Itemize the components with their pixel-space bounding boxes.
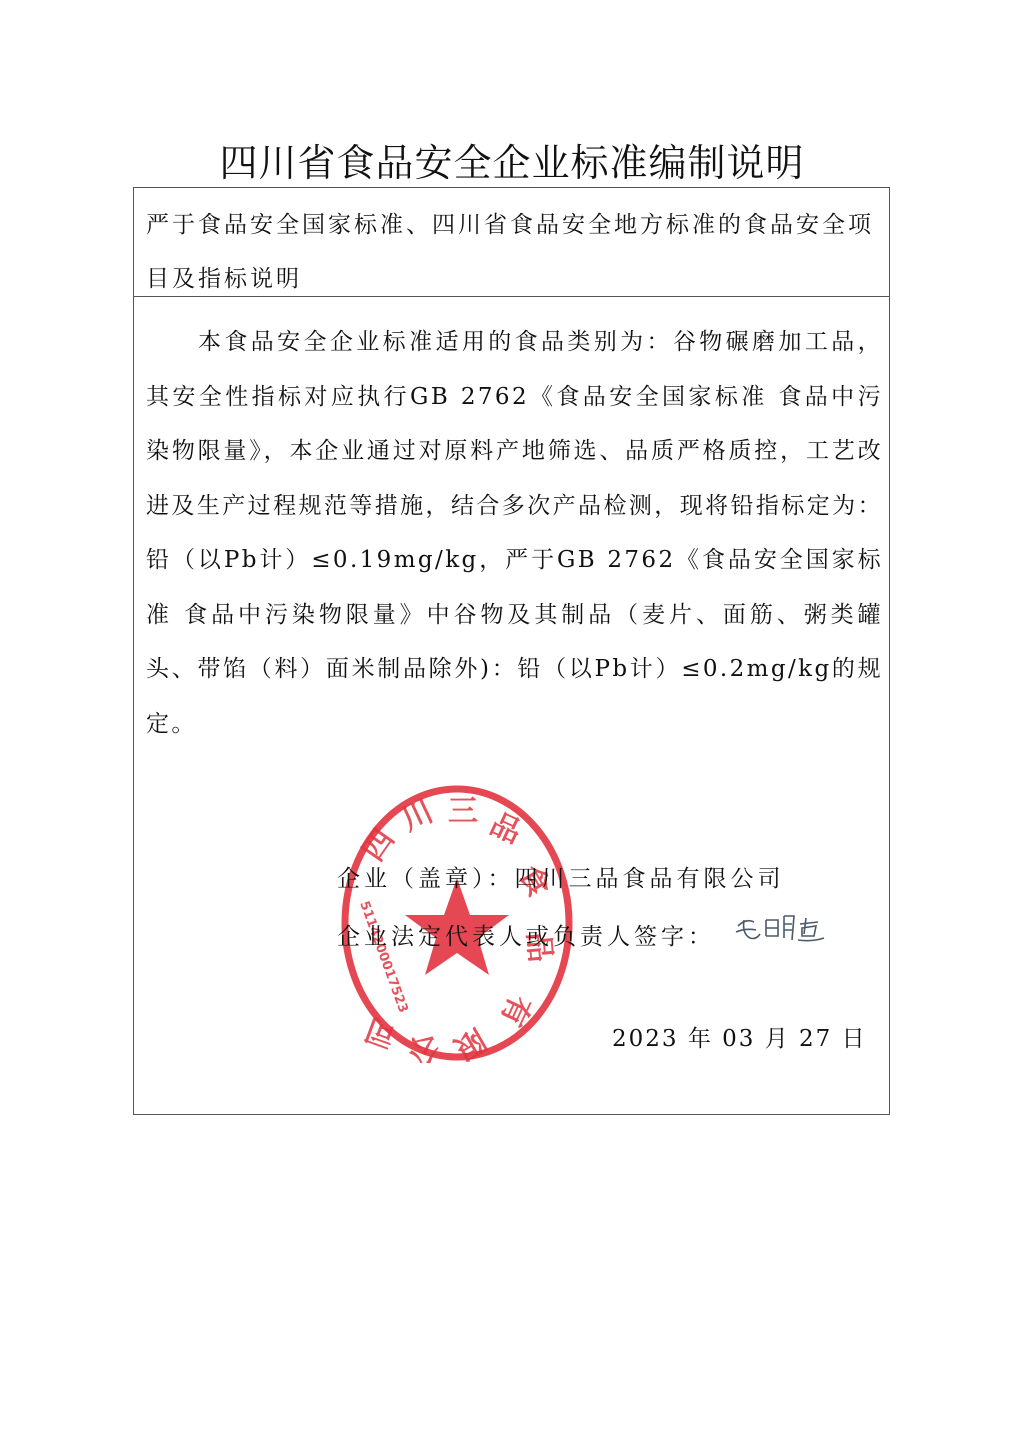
svg-text:三: 三 [448, 794, 478, 829]
company-seal-label: 企业（盖章）：四川三品食品有限公司 [337, 860, 785, 893]
representative-signature-label: 企业法定代表人或负责人签字： [337, 918, 715, 951]
header-cell: 严于食品安全国家标准、四川省食品安全地方标准的食品安全项目及指标说明 [134, 188, 889, 297]
svg-text:川: 川 [397, 794, 439, 838]
signing-date: 2023 年 03 月 27 日 [612, 1020, 867, 1053]
svg-text:公: 公 [407, 1030, 440, 1063]
handwritten-signature-icon [732, 908, 826, 948]
body-cell: 本食品安全企业标准适用的食品类别为：谷物碾磨加工品，其安全性指标对应执行GB 2… [146, 315, 883, 751]
svg-text:司: 司 [361, 1010, 401, 1053]
document-title: 四川省食品安全企业标准编制说明 [0, 132, 1024, 187]
body-paragraph: 本食品安全企业标准适用的食品类别为：谷物碾磨加工品，其安全性指标对应执行GB 2… [146, 315, 883, 751]
